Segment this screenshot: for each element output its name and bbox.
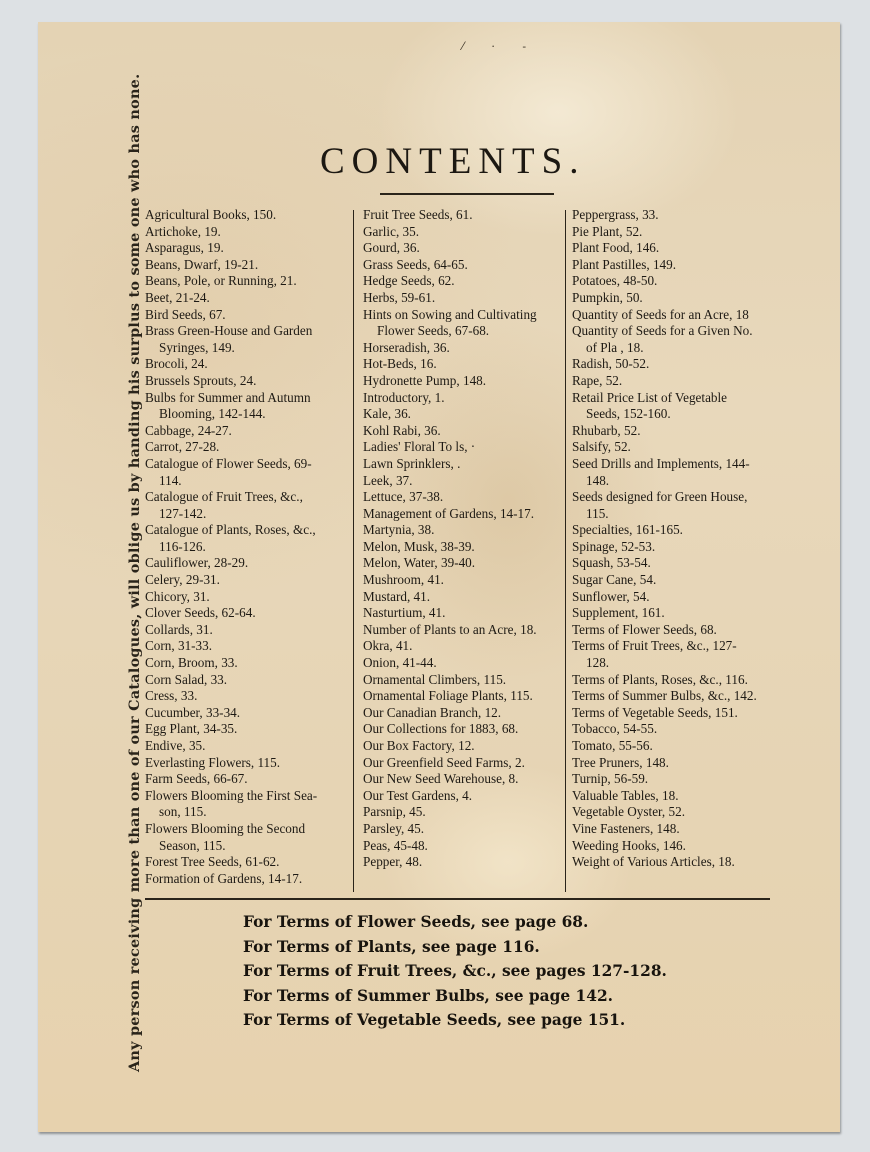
contents-entry: Collards, 31. (145, 622, 353, 639)
contents-entry: Valuable Tables, 18. (572, 788, 782, 805)
contents-entry-continuation: 148. (572, 473, 782, 490)
contents-entry: Parsnip, 45. (363, 804, 568, 821)
contents-entry: Chicory, 31. (145, 589, 353, 606)
contents-entry: Retail Price List of Vegetable (572, 390, 782, 407)
contents-entry: Management of Gardens, 14-17. (363, 506, 568, 523)
contents-entry: Rhubarb, 52. (572, 423, 782, 440)
contents-entry: Parsley, 45. (363, 821, 568, 838)
contents-entry: Ladies' Floral To ls, · (363, 439, 568, 456)
contents-entry: Kohl Rabi, 36. (363, 423, 568, 440)
contents-entry: Mushroom, 41. (363, 572, 568, 589)
contents-entry-continuation: Flower Seeds, 67-68. (363, 323, 568, 340)
contents-entry: Corn, Broom, 33. (145, 655, 353, 672)
terms-note: For Terms of Summer Bulbs, see page 142. (243, 984, 667, 1009)
contents-entry: Bird Seeds, 67. (145, 307, 353, 324)
contents-entry: Terms of Vegetable Seeds, 151. (572, 705, 782, 722)
contents-entry-continuation: 116-126. (145, 539, 353, 556)
contents-entry: Our Box Factory, 12. (363, 738, 568, 755)
contents-entry: Peppergrass, 33. (572, 207, 782, 224)
contents-entry: Catalogue of Fruit Trees, &c., (145, 489, 353, 506)
contents-entry: Forest Tree Seeds, 61-62. (145, 854, 353, 871)
contents-entry: Spinage, 52-53. (572, 539, 782, 556)
contents-entry: Okra, 41. (363, 638, 568, 655)
contents-entry: Weight of Various Articles, 18. (572, 854, 782, 871)
contents-entry: Quantity of Seeds for an Acre, 18 (572, 307, 782, 324)
contents-entry: Garlic, 35. (363, 224, 568, 241)
contents-entry: Egg Plant, 34-35. (145, 721, 353, 738)
contents-entry: Formation of Gardens, 14-17. (145, 871, 353, 888)
contents-entry: Rape, 52. (572, 373, 782, 390)
contents-entry: Beans, Pole, or Running, 21. (145, 273, 353, 290)
contents-entry: Catalogue of Flower Seeds, 69- (145, 456, 353, 473)
contents-entry-continuation: of Pla , 18. (572, 340, 782, 357)
contents-entry: Artichoke, 19. (145, 224, 353, 241)
contents-entry: Brass Green-House and Garden (145, 323, 353, 340)
contents-entry: Flowers Blooming the First Sea- (145, 788, 353, 805)
contents-entry: Seeds designed for Green House, (572, 489, 782, 506)
contents-entry: Turnip, 56-59. (572, 771, 782, 788)
contents-entry: Hints on Sowing and Cultivating (363, 307, 568, 324)
contents-column-2: Fruit Tree Seeds, 61.Garlic, 35.Gourd, 3… (363, 207, 568, 871)
contents-entry: Melon, Musk, 38-39. (363, 539, 568, 556)
contents-entry: Tree Pruners, 148. (572, 755, 782, 772)
terms-note: For Terms of Fruit Trees, &c., see pages… (243, 959, 667, 984)
contents-entry: Plant Food, 146. (572, 240, 782, 257)
contents-entry: Terms of Flower Seeds, 68. (572, 622, 782, 639)
contents-entry: Hot-Beds, 16. (363, 356, 568, 373)
contents-entry: Vegetable Oyster, 52. (572, 804, 782, 821)
contents-entry: Peas, 45-48. (363, 838, 568, 855)
contents-entry: Potatoes, 48-50. (572, 273, 782, 290)
contents-entry-continuation: Syringes, 149. (145, 340, 353, 357)
contents-entry: Plant Pastilles, 149. (572, 257, 782, 274)
contents-entry: Supplement, 161. (572, 605, 782, 622)
contents-entry: Horseradish, 36. (363, 340, 568, 357)
contents-entry: Beet, 21-24. (145, 290, 353, 307)
contents-entry: Bulbs for Summer and Autumn (145, 390, 353, 407)
contents-entry: Corn, 31-33. (145, 638, 353, 655)
contents-entry: Clover Seeds, 62-64. (145, 605, 353, 622)
contents-entry-continuation: Seeds, 152-160. (572, 406, 782, 423)
contents-entry: Onion, 41-44. (363, 655, 568, 672)
contents-entry: Pie Plant, 52. (572, 224, 782, 241)
side-note-vertical: Any person receiving more than one of ou… (126, 110, 143, 1072)
contents-entry: Sunflower, 54. (572, 589, 782, 606)
contents-entry: Everlasting Flowers, 115. (145, 755, 353, 772)
terms-note: For Terms of Plants, see page 116. (243, 935, 667, 960)
contents-entry: Specialties, 161-165. (572, 522, 782, 539)
contents-entry: Mustard, 41. (363, 589, 568, 606)
contents-entry: Carrot, 27-28. (145, 439, 353, 456)
contents-entry: Lettuce, 37-38. (363, 489, 568, 506)
contents-entry: Brussels Sprouts, 24. (145, 373, 353, 390)
contents-entry: Pumpkin, 50. (572, 290, 782, 307)
contents-entry: Leek, 37. (363, 473, 568, 490)
contents-entry: Brocoli, 24. (145, 356, 353, 373)
contents-entry: Weeding Hooks, 146. (572, 838, 782, 855)
contents-entry: Agricultural Books, 150. (145, 207, 353, 224)
contents-entry: Sugar Cane, 54. (572, 572, 782, 589)
contents-entry: Celery, 29-31. (145, 572, 353, 589)
title-underline (380, 193, 554, 195)
contents-entry: Squash, 53-54. (572, 555, 782, 572)
contents-entry: Nasturtium, 41. (363, 605, 568, 622)
contents-entry: Introductory, 1. (363, 390, 568, 407)
contents-entry-continuation: 128. (572, 655, 782, 672)
contents-entry-continuation: son, 115. (145, 804, 353, 821)
contents-entry: Our Greenfield Seed Farms, 2. (363, 755, 568, 772)
contents-entry-continuation: 115. (572, 506, 782, 523)
page-title: CONTENTS. (320, 140, 620, 184)
contents-column-1: Agricultural Books, 150.Artichoke, 19.As… (145, 207, 353, 887)
contents-entry: Catalogue of Plants, Roses, &c., (145, 522, 353, 539)
contents-entry: Hedge Seeds, 62. (363, 273, 568, 290)
contents-entry: Cucumber, 33-34. (145, 705, 353, 722)
contents-entry: Number of Plants to an Acre, 18. (363, 622, 568, 639)
contents-entry: Melon, Water, 39-40. (363, 555, 568, 572)
contents-column-3: Peppergrass, 33.Pie Plant, 52.Plant Food… (572, 207, 782, 871)
contents-entry: Pepper, 48. (363, 854, 568, 871)
contents-entry: Flowers Blooming the Second (145, 821, 353, 838)
contents-entry: Herbs, 59-61. (363, 290, 568, 307)
contents-entry: Cauliflower, 28-29. (145, 555, 353, 572)
contents-entry: Our Collections for 1883, 68. (363, 721, 568, 738)
contents-entry: Our Canadian Branch, 12. (363, 705, 568, 722)
contents-entry: Terms of Summer Bulbs, &c., 142. (572, 688, 782, 705)
contents-entry: Gourd, 36. (363, 240, 568, 257)
contents-entry: Ornamental Climbers, 115. (363, 672, 568, 689)
contents-entry-continuation: 127-142. (145, 506, 353, 523)
contents-entry: Grass Seeds, 64-65. (363, 257, 568, 274)
terms-note: For Terms of Flower Seeds, see page 68. (243, 910, 667, 935)
contents-entry: Terms of Plants, Roses, &c., 116. (572, 672, 782, 689)
contents-entry: Radish, 50-52. (572, 356, 782, 373)
column-divider (565, 210, 566, 892)
contents-entry: Terms of Fruit Trees, &c., 127- (572, 638, 782, 655)
contents-entry: Beans, Dwarf, 19-21. (145, 257, 353, 274)
contents-entry: Hydronette Pump, 148. (363, 373, 568, 390)
contents-entry: Farm Seeds, 66-67. (145, 771, 353, 788)
page-mark: ⁄ · ‑ (462, 40, 538, 53)
column-divider (353, 210, 354, 892)
contents-entry: Salsify, 52. (572, 439, 782, 456)
contents-entry: Lawn Sprinklers, . (363, 456, 568, 473)
contents-entry: Quantity of Seeds for a Given No. (572, 323, 782, 340)
contents-entry-continuation: Blooming, 142-144. (145, 406, 353, 423)
contents-entry: Tomato, 55-56. (572, 738, 782, 755)
contents-entry: Cabbage, 24-27. (145, 423, 353, 440)
contents-entry: Vine Fasteners, 148. (572, 821, 782, 838)
contents-entry: Our New Seed Warehouse, 8. (363, 771, 568, 788)
contents-entry: Tobacco, 54-55. (572, 721, 782, 738)
contents-entry: Kale, 36. (363, 406, 568, 423)
terms-notes: For Terms of Flower Seeds, see page 68. … (243, 910, 667, 1033)
contents-entry: Cress, 33. (145, 688, 353, 705)
contents-entry-continuation: 114. (145, 473, 353, 490)
contents-entry: Asparagus, 19. (145, 240, 353, 257)
contents-entry-continuation: Season, 115. (145, 838, 353, 855)
contents-entry: Ornamental Foliage Plants, 115. (363, 688, 568, 705)
terms-note: For Terms of Vegetable Seeds, see page 1… (243, 1008, 667, 1033)
contents-entry: Martynia, 38. (363, 522, 568, 539)
section-divider (145, 898, 770, 900)
contents-entry: Corn Salad, 33. (145, 672, 353, 689)
contents-entry: Our Test Gardens, 4. (363, 788, 568, 805)
contents-entry: Fruit Tree Seeds, 61. (363, 207, 568, 224)
contents-entry: Seed Drills and Implements, 144- (572, 456, 782, 473)
contents-entry: Endive, 35. (145, 738, 353, 755)
